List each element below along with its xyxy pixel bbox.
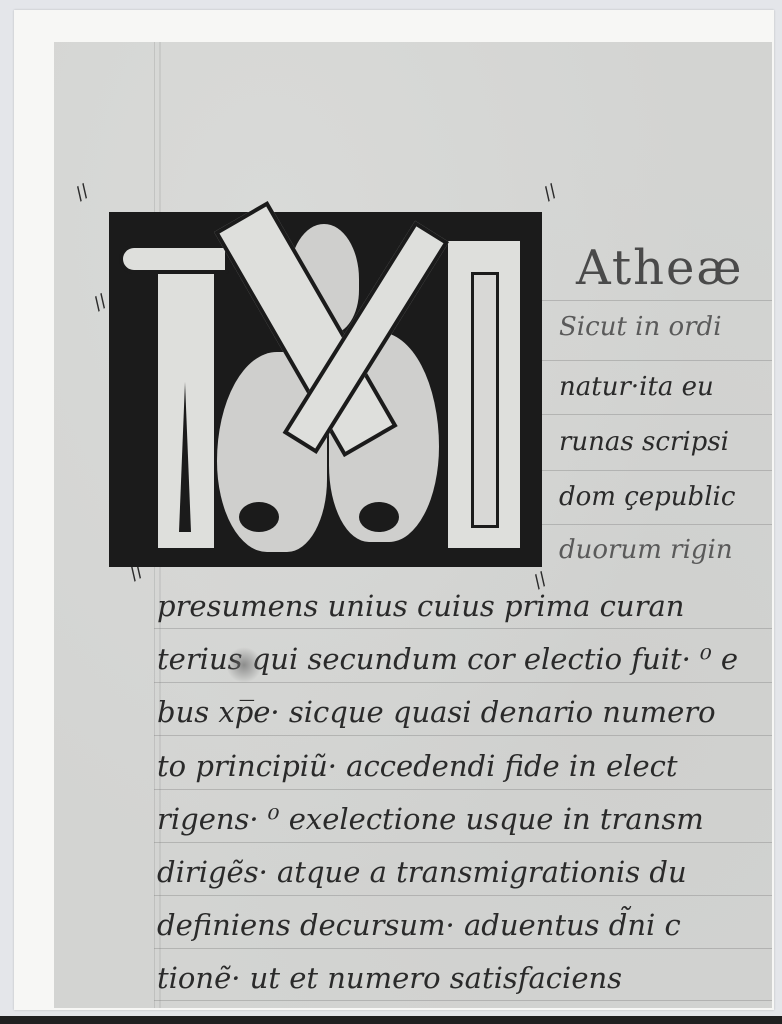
initial-curl-left — [239, 502, 279, 532]
text-line: dom çepublic — [559, 482, 735, 512]
manuscript-page: // // // // // — [54, 42, 772, 1008]
text-line: to principiũ· accedendi fide in elect — [157, 749, 678, 783]
text-line: presumens unius cuius prima curan — [157, 589, 684, 623]
text-line: tionẽ· ut et numero satisfaciens — [157, 961, 622, 995]
ruling-line — [154, 1000, 772, 1001]
scan-edge — [0, 1016, 782, 1024]
ruling-line — [539, 470, 772, 471]
initial-top-serif — [119, 244, 229, 274]
stain-mark — [226, 647, 262, 683]
ruling-line — [154, 628, 772, 629]
ruling-line — [539, 524, 772, 525]
text-line: duorum rigin — [559, 535, 733, 565]
ruling-line — [539, 414, 772, 415]
text-line: dirigẽs· atque a transmigrationis du — [157, 855, 687, 889]
text-line: rigens· ⁰ exelectione usque in transm — [157, 802, 704, 836]
ruling-line — [539, 300, 772, 301]
ruling-line — [154, 842, 772, 843]
text-line: natur·ita eu — [559, 372, 714, 402]
text-line: Sicut in ordi — [559, 312, 722, 342]
ruling-line — [154, 789, 772, 790]
ruling-line — [154, 735, 772, 736]
ruling-line — [539, 360, 772, 361]
guide-mark: // — [540, 180, 561, 204]
ruling-line — [154, 948, 772, 949]
initial-curl-right — [359, 502, 399, 532]
guide-mark: // — [90, 290, 111, 314]
manuscript-photograph: // // // // // — [54, 42, 772, 1008]
text-line: bus xp̅e· sicque quasi denario numero — [157, 695, 716, 729]
text-line: runas scripsi — [559, 427, 729, 457]
heading-text: Atheæ — [576, 240, 744, 296]
initial-right-stem-inlay — [471, 272, 499, 528]
decorated-initial-m — [109, 212, 542, 567]
ruling-line — [154, 895, 772, 896]
photo-print-mount: // // // // // — [14, 10, 774, 1010]
text-line: definiens decursum· aduentus d̃ni c — [157, 908, 681, 942]
guide-mark: // — [72, 180, 93, 204]
